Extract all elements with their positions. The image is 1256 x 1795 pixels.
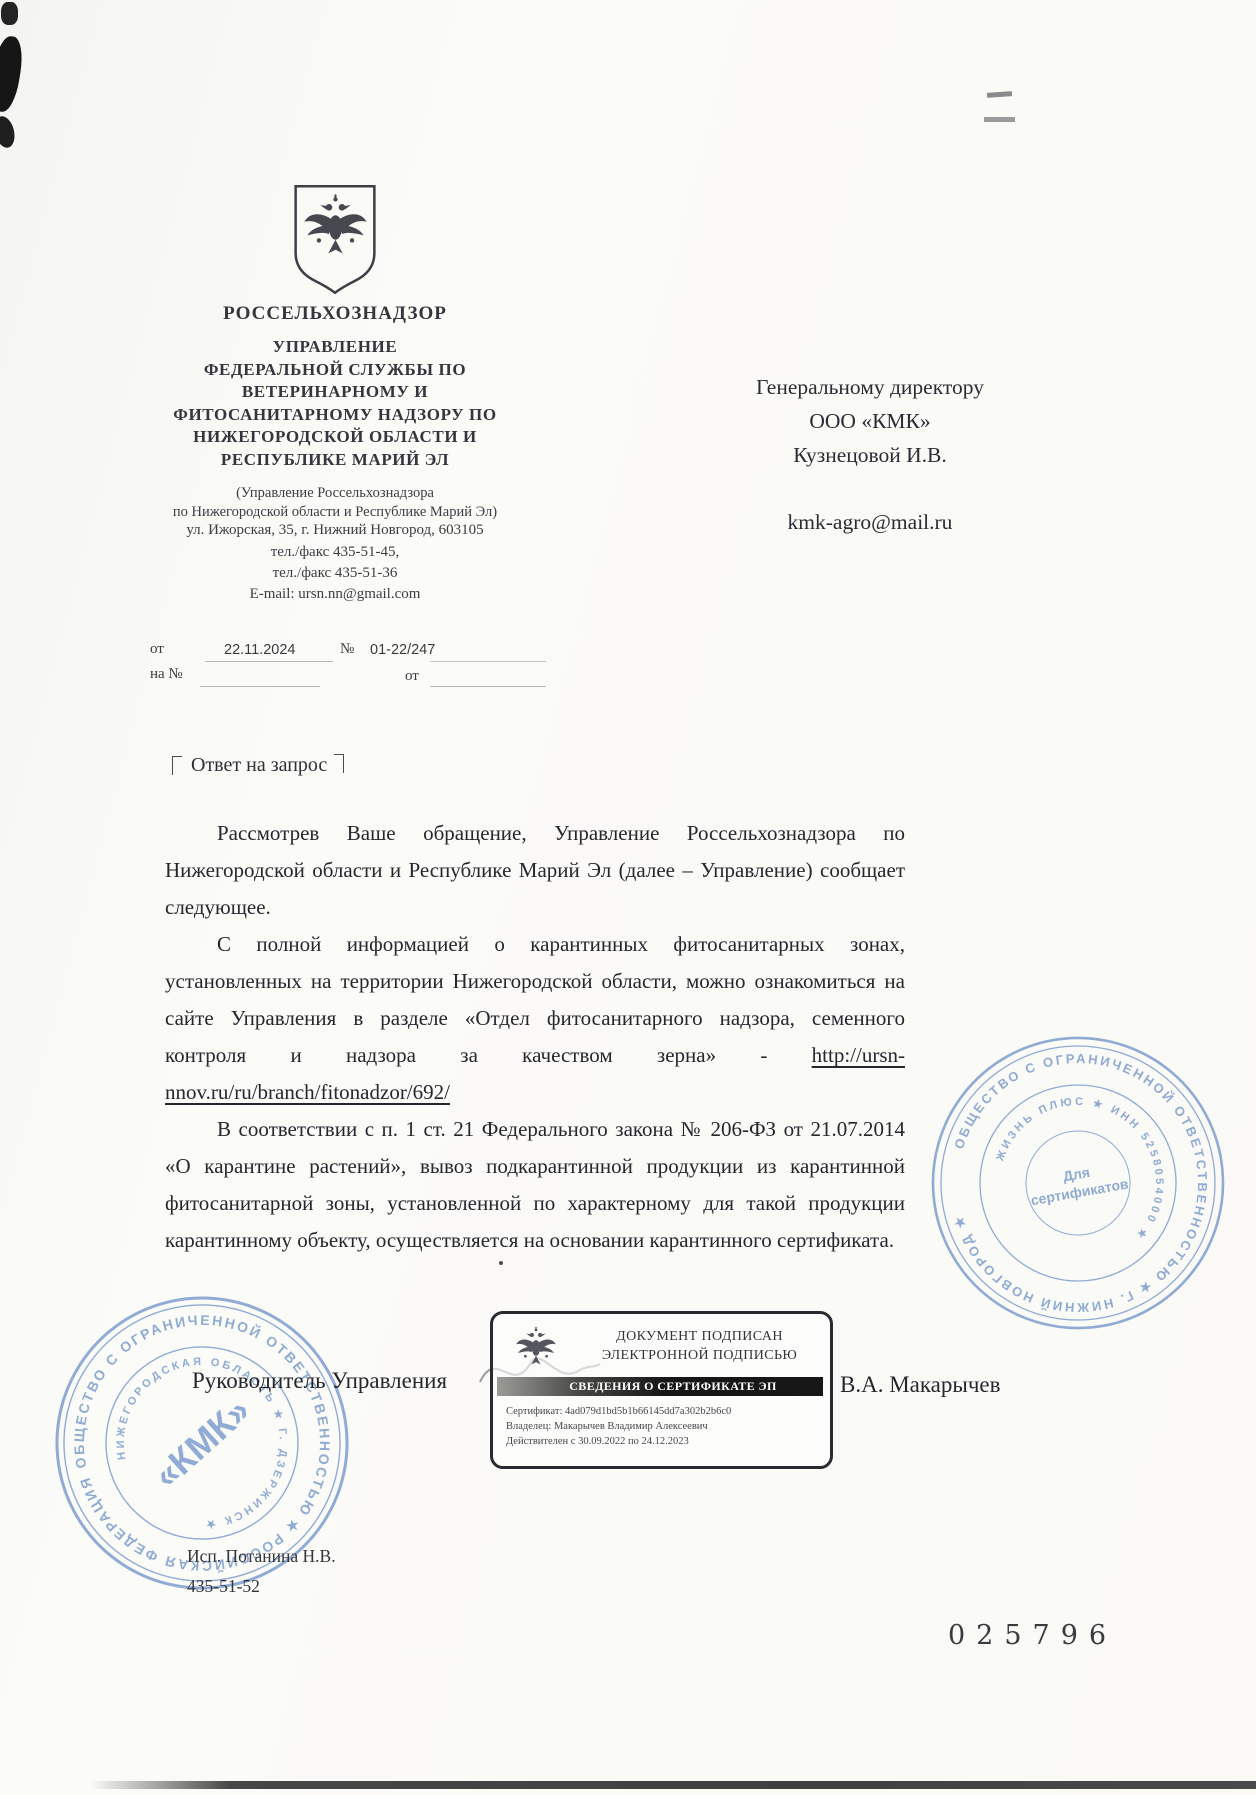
eds-cert-owner: Владелец: Макарычев Владимир Алексеевич (506, 1419, 731, 1434)
eds-stamp-box: ДОКУМЕНТ ПОДПИСАН ЭЛЕКТРОННОЙ ПОДПИСЬЮ С… (490, 1311, 833, 1469)
eds-cert-validity: Действителен с 30.09.2022 по 24.12.2023 (506, 1434, 731, 1449)
scan-artifact-topleft-3 (0, 114, 18, 150)
scanned-letter-page: РОССЕЛЬХОЗНАДЗОР УПРАВЛЕНИЕ ФЕДЕРАЛЬНОЙ … (0, 0, 1256, 1795)
org-phone-1: тел./факс 435-51-45, (85, 544, 585, 561)
eds-certificate-info: Сертификат: 4ad079d1bd5b1b66145dd7a302b2… (506, 1404, 731, 1449)
ref-from-label: от (150, 641, 164, 658)
subject-line: Ответ на запрос (172, 754, 344, 777)
org-name-parenthetical: (Управление Россельхознадзора по Нижегор… (85, 484, 585, 522)
corner-bracket-left (172, 756, 182, 775)
ref-reply-label: на № (150, 666, 183, 683)
recipient-company: ООО «КМК» (700, 404, 1040, 438)
recipient-person: Кузнецовой И.В. (700, 438, 1040, 472)
document-registration-number: 025796 (948, 1620, 1117, 1651)
ref-number-underline (430, 661, 546, 662)
ref-reply-from-label: от (405, 668, 419, 685)
stamp-ring-text: ОБЩЕСТВО С ОГРАНИЧЕННОЙ ОТВЕТСТВЕННОСТЬЮ… (915, 1020, 1242, 1347)
scan-artifact-topleft-2 (1, 2, 18, 25)
paragraph-2: С полной информацией о карантинных фитос… (165, 926, 905, 1111)
ref-date: 22.11.2024 (224, 642, 296, 658)
scan-artifact-topright-2 (984, 117, 1015, 122)
signer-name: В.А. Макарычев (840, 1372, 1000, 1398)
scan-artifact-topright-1 (987, 91, 1012, 98)
ref-date-underline (205, 661, 333, 662)
stamp-center-text: «КМК» (146, 1389, 258, 1496)
ref-reply-date-underline (430, 686, 546, 687)
stamp-inner-ring-text: ЖИЗНЬ ПЛЮС ★ ИНН 5258054000 ★ (983, 1075, 1186, 1245)
corner-bracket-right (334, 754, 344, 773)
org-name-line: ВЕТЕРИНАРНОМУ И (85, 381, 585, 404)
org-address: ул. Ижорская, 35, г. Нижний Новгород, 60… (85, 522, 585, 539)
svg-text:ОБЩЕСТВО С ОГРАНИЧЕННОЙ ОТВЕТС: ОБЩЕСТВО С ОГРАНИЧЕННОЙ ОТВЕТСТВЕННОСТЬЮ… (915, 1020, 1242, 1347)
executor-phone: 435-51-52 (187, 1576, 260, 1597)
org-name-line: НИЖЕГОРОДСКОЙ ОБЛАСТИ И (85, 426, 585, 449)
executor-name: Исп. Потанина Н.В. (187, 1546, 336, 1567)
paragraph-3: В соответствии с п. 1 ст. 21 Федеральног… (165, 1111, 905, 1259)
org-name-line: ФЕДЕРАЛЬНОЙ СЛУЖБЫ ПО (85, 359, 585, 382)
scan-artifact-dot (499, 1261, 503, 1265)
eds-title: ДОКУМЕНТ ПОДПИСАН ЭЛЕКТРОННОЙ ПОДПИСЬЮ (575, 1327, 824, 1365)
eds-eagle-icon (513, 1321, 559, 1373)
stamp-center-line1: Для (1062, 1164, 1091, 1184)
org-name-line: РЕСПУБЛИКЕ МАРИЙ ЭЛ (85, 449, 585, 472)
org-phone-2: тел./факс 435-51-36 (85, 565, 585, 582)
ref-number: 01-22/247 (370, 642, 435, 658)
org-name: УПРАВЛЕНИЕ ФЕДЕРАЛЬНОЙ СЛУЖБЫ ПО ВЕТЕРИН… (85, 336, 585, 471)
org-name-line: ФИТОСАНИТАРНОМУ НАДЗОРУ ПО (85, 404, 585, 427)
ref-number-label: № (340, 641, 354, 658)
recipient-position: Генеральному директору (700, 370, 1040, 404)
recipient-block: Генеральному директору ООО «КМК» Кузнецо… (700, 370, 1040, 472)
scan-artifact-topleft-1 (0, 34, 26, 113)
eds-certificate-bar: СВЕДЕНИЯ О СЕРТИФИКАТЕ ЭП (497, 1377, 823, 1396)
eds-cert-number: Сертификат: 4ad079d1bd5b1b66145dd7a302b2… (506, 1404, 731, 1419)
company-stamp-kmk: ОБЩЕСТВО С ОГРАНИЧЕННОЙ ОТВЕТСТВЕННОСТЬЮ… (24, 1265, 380, 1621)
coat-of-arms-emblem (287, 180, 383, 298)
recipient-email: kmk-agro@mail.ru (700, 505, 1040, 539)
org-email: E-mail: ursn.nn@gmail.com (85, 586, 585, 603)
letter-body: Рассмотрев Ваше обращение, Управление Ро… (165, 815, 905, 1259)
svg-text:ЖИЗНЬ ПЛЮС ★ ИНН 5258054000: ЖИЗНЬ ПЛЮС ★ ИНН 5258054000 ★ (983, 1075, 1186, 1245)
org-name-line: УПРАВЛЕНИЕ (85, 336, 585, 359)
paragraph-1: Рассмотрев Ваше обращение, Управление Ро… (165, 815, 905, 926)
blue-stamp-right: ОБЩЕСТВО С ОГРАНИЧЕННОЙ ОТВЕТСТВЕННОСТЬЮ… (892, 997, 1256, 1368)
agency-name: РОССЕЛЬХОЗНАДЗОР (85, 303, 585, 325)
ref-reply-underline (200, 686, 320, 687)
subject-text: Ответ на запрос (191, 754, 327, 777)
scan-artifact-bottom-edge (90, 1781, 1256, 1789)
